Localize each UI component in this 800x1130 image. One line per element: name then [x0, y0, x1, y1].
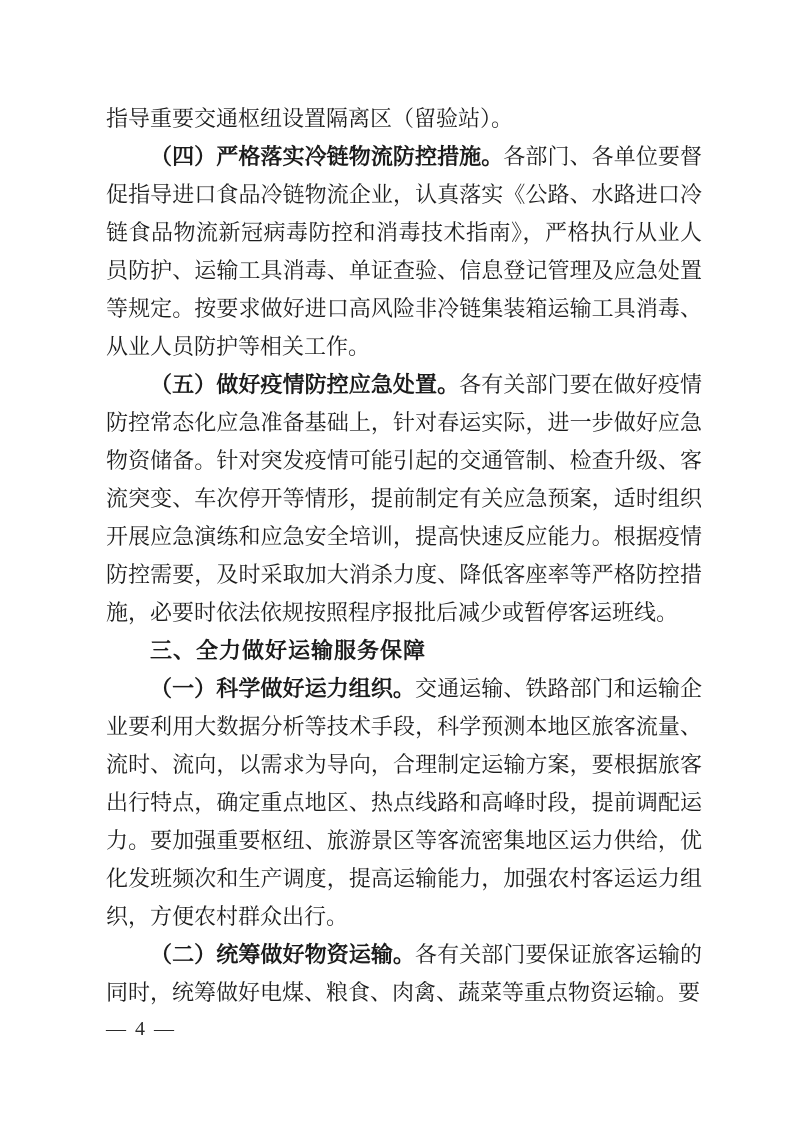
paragraph-text: 各有关部门要在做好疫情防控常态化应急准备基础上，针对春运实际，进一步做好应急物资… [106, 372, 702, 625]
paragraph-lead: （五）做好疫情防控应急处置。 [150, 372, 459, 397]
paragraph-continuation: 指导重要交通枢纽设置隔离区（留验站）。 [106, 100, 702, 138]
paragraph-item-2: （二）统筹做好物资运输。各有关部门要保证旅客运输的同时，统筹做好电煤、粮食、肉禽… [106, 936, 702, 1012]
document-body: 指导重要交通枢纽设置隔离区（留验站）。 （四）严格落实冷链物流防控措施。各部门、… [106, 100, 702, 1012]
paragraph-lead: （四）严格落实冷链物流防控措施。 [150, 144, 503, 169]
paragraph-text: 交通运输、铁路部门和运输企业要利用大数据分析等技术手段，科学预测本地区旅客流量、… [106, 676, 702, 929]
document-page: 指导重要交通枢纽设置隔离区（留验站）。 （四）严格落实冷链物流防控措施。各部门、… [0, 0, 800, 1130]
paragraph-item-1: （一）科学做好运力组织。交通运输、铁路部门和运输企业要利用大数据分析等技术手段，… [106, 670, 702, 936]
paragraph-text: 各部门、各单位要督促指导进口食品冷链物流企业，认真落实《公路、水路进口冷链食品物… [106, 144, 702, 359]
paragraph-item-5: （五）做好疫情防控应急处置。各有关部门要在做好疫情防控常态化应急准备基础上，针对… [106, 366, 702, 632]
paragraph-text: 指导重要交通枢纽设置隔离区（留验站）。 [106, 106, 513, 131]
paragraph-lead: （二）统筹做好物资运输。 [150, 942, 415, 967]
paragraph-lead: （一）科学做好运力组织。 [150, 676, 415, 701]
paragraph-item-4: （四）严格落实冷链物流防控措施。各部门、各单位要督促指导进口食品冷链物流企业，认… [106, 138, 702, 366]
section-heading-3: 三、全力做好运输服务保障 [106, 632, 702, 670]
page-number: — 4 — [106, 1016, 176, 1042]
section-heading-text: 三、全力做好运输服务保障 [150, 638, 426, 663]
